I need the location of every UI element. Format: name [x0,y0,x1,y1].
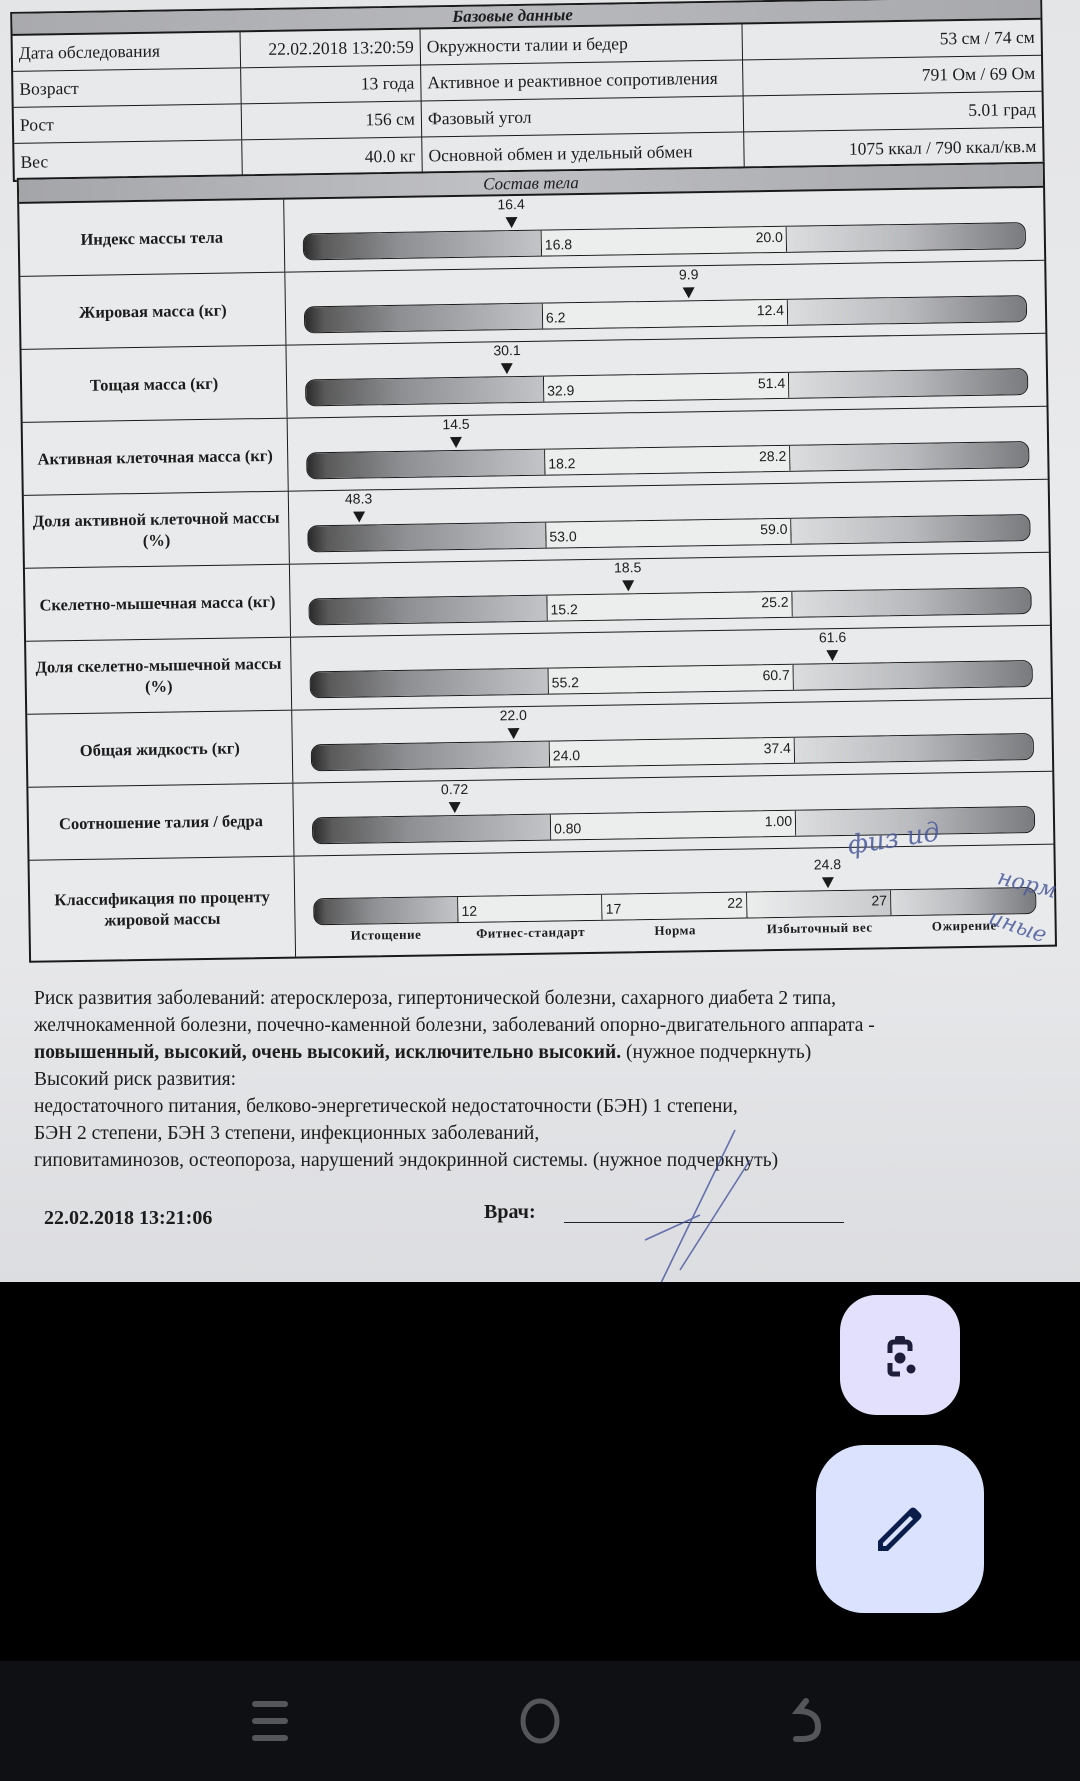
google-lens-button[interactable] [840,1295,960,1415]
composition-label: Доля активной клеточной массы (%) [24,492,290,568]
back-arrow-icon [788,1697,832,1745]
composition-label: Жировая масса (кг) [20,273,286,349]
fat-category-label: Норма [603,922,748,940]
composition-gauge: 6.2 12.4 9.9 [285,261,1045,345]
below-norm-segment [305,304,543,333]
threshold-value: 27 [871,892,887,908]
fat-classification-row: Классификация по проценту жировой массы … [30,845,1055,961]
measured-value: 14.5 [431,416,481,433]
norm-low-value: 55.2 [552,674,579,690]
base-label-2: Фазовый угол [422,96,745,136]
base-label: Дата обследования [13,32,242,71]
norm-segment: 32.9 51.4 [544,373,789,402]
above-norm-segment [791,515,1029,544]
range-bar: 53.0 59.0 [307,514,1030,552]
norm-high-value: 60.7 [762,667,789,683]
norm-low-value: 18.2 [548,455,575,471]
above-norm-segment [795,734,1033,763]
norm-low-value: 15.2 [550,601,577,617]
norm-high-value: 12.4 [757,302,784,318]
base-label-2: Окружности талии и бедер [421,24,744,64]
norm-segment: 24.0 37.4 [550,738,795,767]
norm-high-value: 51.4 [758,375,785,391]
range-bar: 32.9 51.4 [305,368,1028,406]
below-norm-segment [312,742,550,771]
triangle-pointer-icon [501,363,513,374]
threshold-value: 22 [727,895,743,911]
value-marker: 16.4 [486,196,536,229]
measured-value: 16.4 [486,196,536,213]
norm-high-value: 37.4 [764,740,791,756]
value-marker: 61.6 [807,629,857,662]
triangle-pointer-icon [622,580,634,591]
norm-high-value: 25.2 [761,594,788,610]
composition-gauge: 18.2 28.2 14.5 [288,407,1048,491]
measured-value: 18.5 [603,559,653,576]
composition-gauge: 53.0 59.0 48.3 [289,480,1049,564]
base-label: Возраст [13,68,242,107]
norm-low-value: 24.0 [553,747,580,763]
composition-label: Доля скелетно-мышечной массы (%) [26,638,292,714]
fat-category-segment: 27 [747,890,892,917]
base-value-2: 53 см / 74 см [742,20,1041,60]
triangle-pointer-icon [822,877,834,888]
fat-category-label: Фитнес-стандарт [458,924,603,942]
base-label: Рост [14,104,243,143]
back-button[interactable] [780,1696,840,1746]
composition-gauge: 55.2 60.7 61.6 [291,626,1051,710]
below-norm-segment [309,596,547,625]
norm-segment: 15.2 25.2 [547,592,792,621]
range-bar: 18.2 28.2 [306,441,1029,479]
fat-category-segment [314,897,459,924]
base-data-title: Базовые данные [452,5,573,27]
triangle-pointer-icon [449,802,461,813]
norm-segment: 18.2 28.2 [545,446,790,475]
norm-high-value: 1.00 [765,813,792,829]
norm-low-value: 53.0 [549,528,576,544]
below-norm-segment [304,231,542,260]
composition-gauge: 32.9 51.4 30.1 [286,334,1046,418]
edit-button[interactable] [816,1445,984,1613]
risk-line: БЭН 2 степени, БЭН 3 степени, инфекционн… [34,1120,1044,1147]
norm-low-value: 32.9 [547,382,574,398]
risk-line: Высокий риск развития: [34,1066,1044,1093]
value-marker: 14.5 [431,416,481,449]
norm-segment: 53.0 59.0 [546,519,791,548]
triangle-pointer-icon [683,287,695,298]
fat-category-label: Истощение [314,926,459,944]
norm-segment: 0.80 1.00 [551,811,796,840]
value-marker: 0.72 [429,781,479,814]
composition-label: Скелетно-мышечная масса (кг) [25,565,291,641]
range-bar: 6.2 12.4 [304,295,1027,333]
base-label-2: Активное и реактивное сопротивления [421,60,744,100]
composition-gauge: 24.0 37.4 22.0 [292,699,1052,783]
risk-line: желчнокаменной болезни, почечно-каменной… [34,1012,1044,1039]
norm-high-value: 20.0 [755,229,782,245]
circle-home-icon [518,1697,562,1745]
value-marker: 18.5 [603,559,653,592]
fat-measured-value: 24.8 [802,856,852,873]
norm-high-value: 28.2 [759,448,786,464]
doctor-label: Врач: [484,1201,536,1224]
below-norm-segment [311,669,549,698]
base-value-2: 791 Ом / 69 Ом [743,56,1042,96]
range-bar: 16.8 20.0 [303,222,1026,260]
norm-low-value: 0.80 [554,820,581,836]
document-photo: Базовые данные Дата обследования22.02.20… [0,0,1080,1282]
measured-value: 61.6 [807,629,857,646]
risk-line: Риск развития заболеваний: атеросклероза… [34,985,1044,1012]
system-navigation-bar [0,1661,1080,1781]
measured-value: 0.72 [429,781,479,798]
risk-line: недостаточного питания, белково-энергети… [34,1093,1044,1120]
measured-value: 22.0 [488,707,538,724]
above-norm-segment [787,223,1025,252]
composition-label: Активная клеточная масса (кг) [23,419,289,495]
threshold-value: 17 [606,900,622,916]
base-value: 13 года [241,66,422,104]
above-norm-segment [790,442,1028,471]
norm-low-value: 16.8 [545,236,572,252]
risk-line: гиповитаминозов, остеопороза, нарушений … [34,1147,1044,1174]
composition-label: Общая жидкость (кг) [27,711,293,787]
base-data-table: Базовые данные Дата обследования22.02.20… [10,0,1045,182]
value-marker: 30.1 [482,342,532,375]
value-marker: 48.3 [333,490,383,523]
fat-category-segment: 1722 [603,893,748,920]
base-value-2: 5.01 град [744,92,1043,132]
range-bar: 24.0 37.4 [311,733,1034,771]
triangle-pointer-icon [353,511,365,522]
triangle-pointer-icon [450,437,462,448]
fat-classification-label: Классификация по проценту жировой массы [30,857,297,961]
menu-lines-icon [250,1699,290,1743]
above-norm-segment [792,588,1030,617]
risk-levels: повышенный, высокий, очень высокий, искл… [34,1042,621,1063]
triangle-pointer-icon [827,650,839,661]
range-bar: 15.2 25.2 [308,587,1031,625]
risk-line: повышенный, высокий, очень высокий, искл… [34,1039,1044,1066]
norm-segment: 55.2 60.7 [548,665,793,694]
composition-gauge: 15.2 25.2 18.5 [290,553,1050,637]
below-norm-segment [307,450,545,479]
composition-label: Индекс массы тела [19,200,285,276]
norm-segment: 16.8 20.0 [542,227,787,256]
fat-value-marker: 24.8 [802,856,852,889]
measured-value: 9.9 [664,266,714,283]
print-timestamp: 22.02.2018 13:21:06 [44,1207,212,1230]
base-value: 156 см [242,102,423,140]
norm-high-value: 59.0 [760,521,787,537]
below-norm-segment [308,523,546,552]
triangle-pointer-icon [505,217,517,228]
signature-scribble [640,1120,760,1282]
triangle-pointer-icon [507,728,519,739]
range-bar: 55.2 60.7 [310,660,1033,698]
norm-segment: 6.2 12.4 [543,300,788,329]
base-value: 22.02.2018 13:20:59 [241,30,422,68]
base-value: 40.0 кг [242,138,423,177]
below-norm-segment [306,377,544,406]
fat-classification-gauge: 12172227 24.8 ИстощениеФитнес-стандартНо… [294,845,1054,957]
composition-label: Тощая масса (кг) [21,346,287,422]
fat-category-segment: 12 [458,895,603,922]
measured-value: 48.3 [333,490,383,507]
composition-gauge: 16.8 20.0 16.4 [284,188,1044,272]
measured-value: 30.1 [482,342,532,359]
recent-apps-button[interactable] [240,1696,300,1746]
above-norm-segment [788,296,1026,325]
above-norm-segment [794,661,1032,690]
below-norm-segment [313,815,551,844]
threshold-value: 12 [461,903,477,919]
composition-label: Соотношение талия / бедра [28,784,294,860]
home-button[interactable] [510,1696,570,1746]
value-marker: 9.9 [664,266,714,299]
google-lens-icon [872,1327,928,1383]
value-marker: 22.0 [488,707,538,740]
norm-low-value: 6.2 [546,309,566,325]
pencil-icon [870,1499,930,1559]
fat-category-label: Избыточный вес [747,919,892,937]
risk-text: Риск развития заболеваний: атеросклероза… [34,985,1044,1174]
above-norm-segment [789,369,1027,398]
